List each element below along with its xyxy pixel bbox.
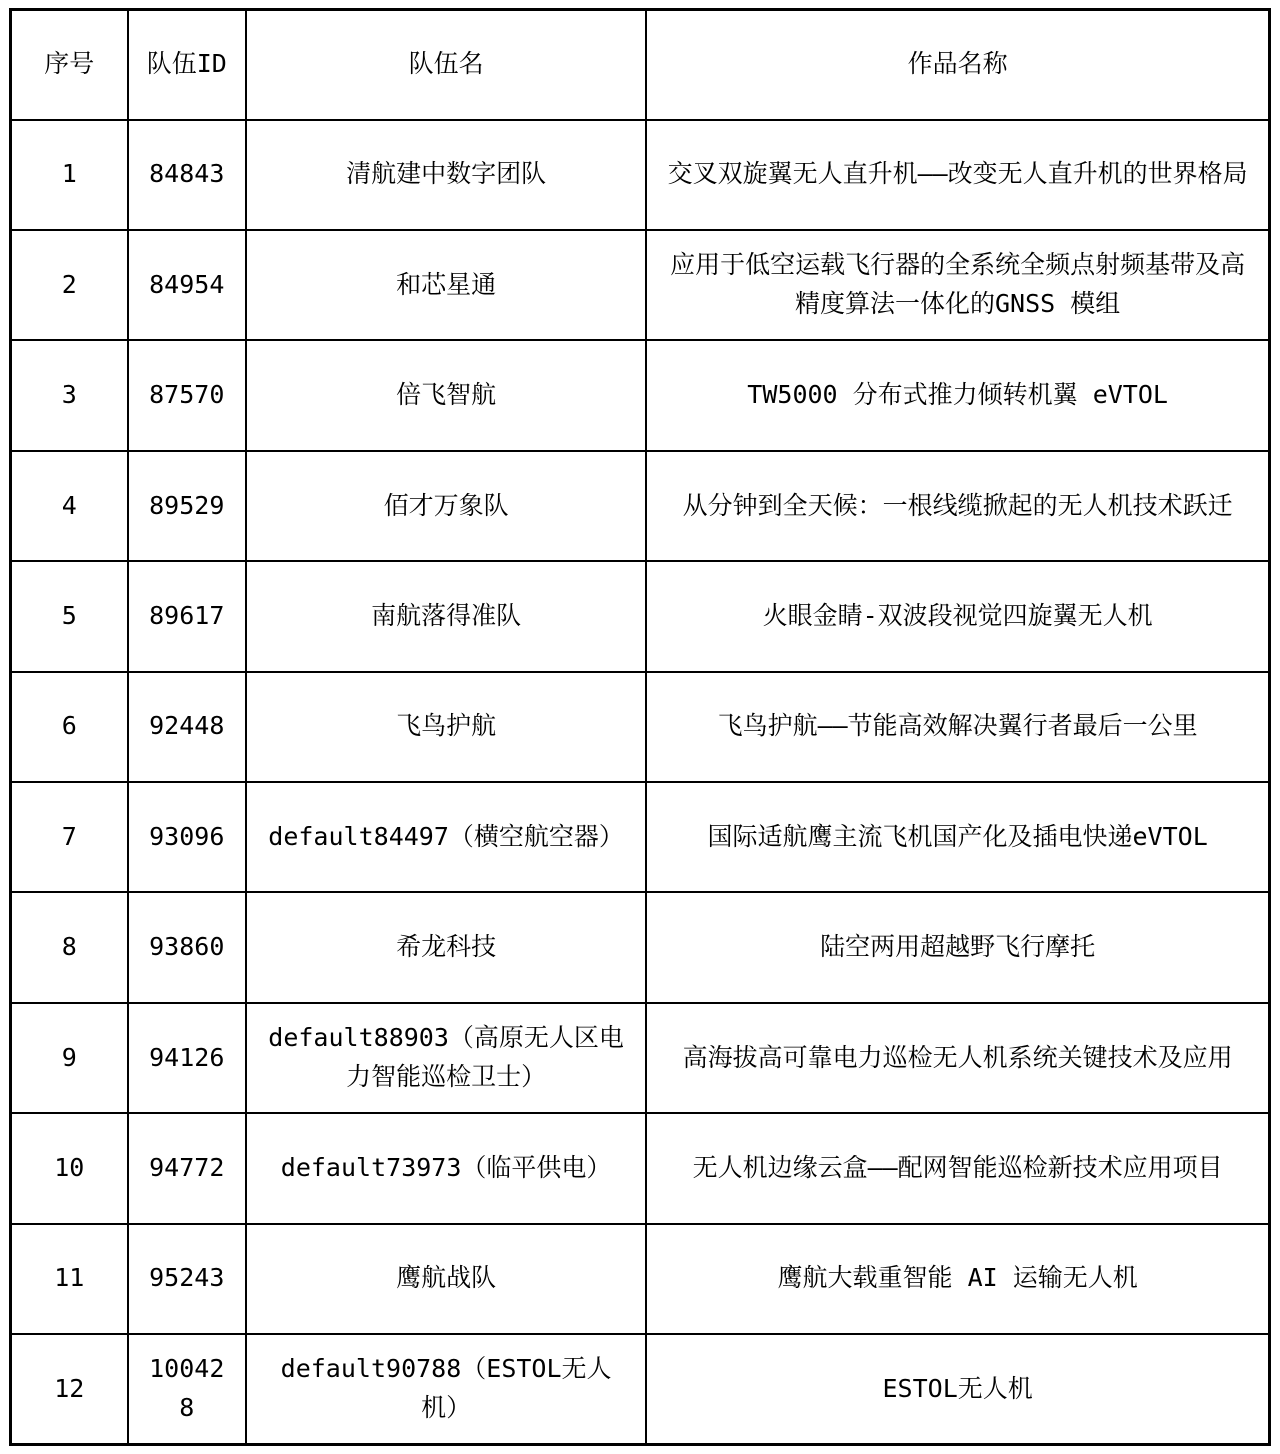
cell-work-title: 陆空两用超越野飞行摩托 [646, 892, 1269, 1002]
cell-work-title: 国际适航鹰主流飞机国产化及插电快递eVTOL [646, 782, 1269, 892]
cell-team-name: 倍飞智航 [246, 340, 646, 450]
table-row: 793096default84497（横空航空器）国际适航鹰主流飞机国产化及插电… [11, 782, 1270, 892]
cell-team-name: 佰才万象队 [246, 451, 646, 561]
column-header-work-title: 作品名称 [646, 10, 1269, 120]
cell-work-title: 鹰航大载重智能 AI 运输无人机 [646, 1224, 1269, 1334]
cell-team-id: 93860 [128, 892, 246, 1002]
cell-team-id: 94772 [128, 1113, 246, 1223]
cell-index: 2 [11, 230, 128, 340]
cell-team-id: 87570 [128, 340, 246, 450]
table-row: 184843清航建中数字团队交叉双旋翼无人直升机——改变无人直升机的世界格局 [11, 120, 1270, 230]
header-row: 序号 队伍ID 队伍名 作品名称 [11, 10, 1270, 120]
cell-team-id: 94126 [128, 1003, 246, 1113]
table-row: 489529佰才万象队从分钟到全天候：一根线缆掀起的无人机技术跃迁 [11, 451, 1270, 561]
cell-index: 8 [11, 892, 128, 1002]
cell-work-title: TW5000 分布式推力倾转机翼 eVTOL [646, 340, 1269, 450]
table-row: 692448飞鸟护航飞鸟护航——节能高效解决翼行者最后一公里 [11, 672, 1270, 782]
cell-work-title: 飞鸟护航——节能高效解决翼行者最后一公里 [646, 672, 1269, 782]
cell-team-id: 89529 [128, 451, 246, 561]
cell-index: 11 [11, 1224, 128, 1334]
cell-team-id: 92448 [128, 672, 246, 782]
cell-team-id: 89617 [128, 561, 246, 671]
table-row: 589617南航落得准队火眼金睛-双波段视觉四旋翼无人机 [11, 561, 1270, 671]
cell-index: 12 [11, 1334, 128, 1445]
cell-team-id: 95243 [128, 1224, 246, 1334]
cell-index: 1 [11, 120, 128, 230]
cell-index: 5 [11, 561, 128, 671]
cell-index: 9 [11, 1003, 128, 1113]
cell-work-title: 应用于低空运载飞行器的全系统全频点射频基带及高精度算法一体化的GNSS 模组 [646, 230, 1269, 340]
table-row: 893860希龙科技陆空两用超越野飞行摩托 [11, 892, 1270, 1002]
cell-team-name: 南航落得准队 [246, 561, 646, 671]
column-header-index: 序号 [11, 10, 128, 120]
cell-team-name: default84497（横空航空器） [246, 782, 646, 892]
column-header-team-name: 队伍名 [246, 10, 646, 120]
cell-team-name: 和芯星通 [246, 230, 646, 340]
table-body: 184843清航建中数字团队交叉双旋翼无人直升机——改变无人直升机的世界格局28… [11, 120, 1270, 1445]
cell-team-name: 飞鸟护航 [246, 672, 646, 782]
cell-work-title: 无人机边缘云盒——配网智能巡检新技术应用项目 [646, 1113, 1269, 1223]
cell-work-title: 从分钟到全天候：一根线缆掀起的无人机技术跃迁 [646, 451, 1269, 561]
table-row: 284954和芯星通应用于低空运载飞行器的全系统全频点射频基带及高精度算法一体化… [11, 230, 1270, 340]
table-row: 387570倍飞智航TW5000 分布式推力倾转机翼 eVTOL [11, 340, 1270, 450]
table-row: 1195243鹰航战队鹰航大载重智能 AI 运输无人机 [11, 1224, 1270, 1334]
cell-index: 4 [11, 451, 128, 561]
column-header-team-id: 队伍ID [128, 10, 246, 120]
table-row: 1094772default73973（临平供电）无人机边缘云盒——配网智能巡检… [11, 1113, 1270, 1223]
document-page: 序号 队伍ID 队伍名 作品名称 184843清航建中数字团队交叉双旋翼无人直升… [0, 0, 1280, 1454]
cell-index: 7 [11, 782, 128, 892]
cell-team-id: 84954 [128, 230, 246, 340]
cell-work-title: 火眼金睛-双波段视觉四旋翼无人机 [646, 561, 1269, 671]
teams-table: 序号 队伍ID 队伍名 作品名称 184843清航建中数字团队交叉双旋翼无人直升… [9, 8, 1271, 1446]
cell-team-name: 鹰航战队 [246, 1224, 646, 1334]
cell-team-name: default73973（临平供电） [246, 1113, 646, 1223]
cell-team-id: 100428 [128, 1334, 246, 1445]
table-row: 12100428default90788（ESTOL无人机）ESTOL无人机 [11, 1334, 1270, 1445]
table-row: 994126default88903（高原无人区电力智能巡检卫士）高海拔高可靠电… [11, 1003, 1270, 1113]
cell-index: 6 [11, 672, 128, 782]
cell-work-title: 交叉双旋翼无人直升机——改变无人直升机的世界格局 [646, 120, 1269, 230]
cell-team-name: default88903（高原无人区电力智能巡检卫士） [246, 1003, 646, 1113]
cell-team-name: 希龙科技 [246, 892, 646, 1002]
cell-work-title: 高海拔高可靠电力巡检无人机系统关键技术及应用 [646, 1003, 1269, 1113]
cell-index: 10 [11, 1113, 128, 1223]
cell-team-id: 93096 [128, 782, 246, 892]
cell-work-title: ESTOL无人机 [646, 1334, 1269, 1445]
cell-index: 3 [11, 340, 128, 450]
cell-team-id: 84843 [128, 120, 246, 230]
cell-team-name: default90788（ESTOL无人机） [246, 1334, 646, 1445]
cell-team-name: 清航建中数字团队 [246, 120, 646, 230]
